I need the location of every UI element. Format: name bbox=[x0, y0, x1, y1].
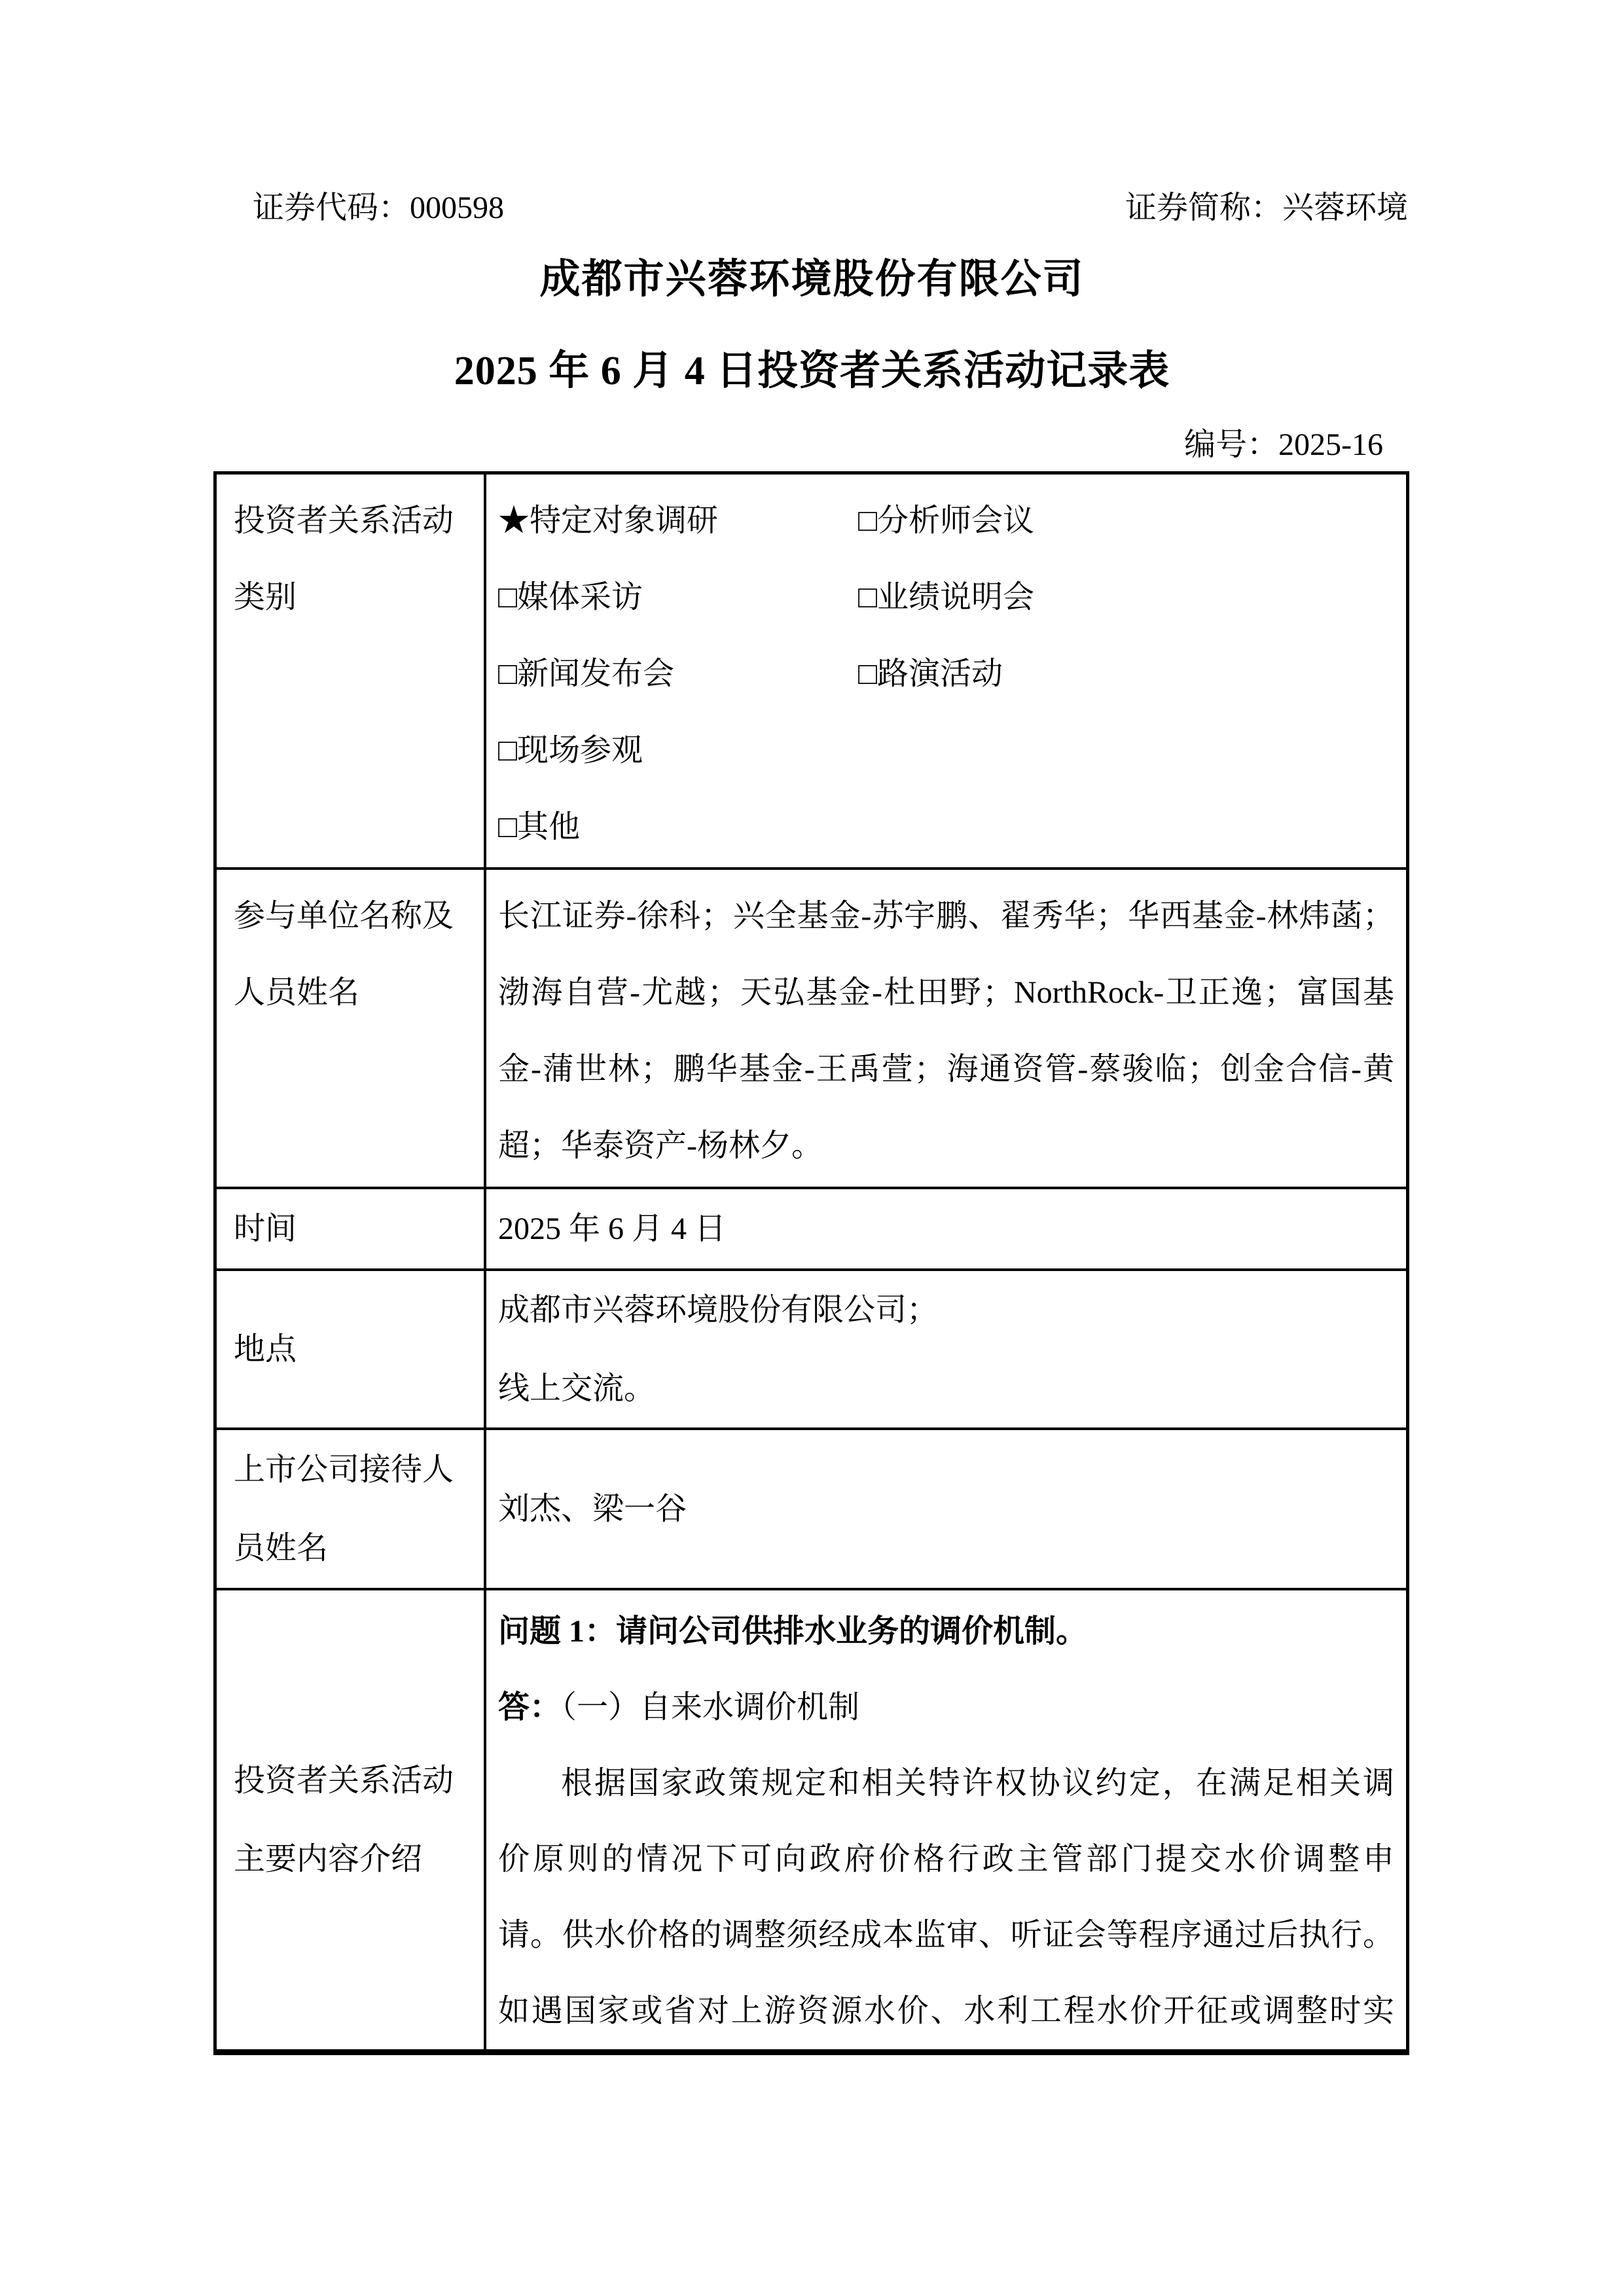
time-value: 2025 年 6 月 4 日 bbox=[498, 1190, 1394, 1268]
row-time: 时间 2025 年 6 月 4 日 bbox=[217, 1187, 1406, 1268]
checkbox-option-specific-object-research: ★特定对象调研 bbox=[498, 482, 858, 559]
row-location: 地点 成都市兴蓉环境股份有限公司； 线上交流。 bbox=[217, 1268, 1406, 1427]
label-line: 时间 bbox=[234, 1190, 467, 1268]
row-label-participants: 参与单位名称及 人员姓名 bbox=[217, 870, 486, 1187]
row-participants: 参与单位名称及 人员姓名 长江证券-徐科；兴全基金-苏宇鹏、翟秀华；华西基金-林… bbox=[217, 867, 1406, 1187]
answer-paragraph-line: 请。供水价格的调整须经成本监审、听证会等程序通过后执行。 bbox=[498, 1897, 1394, 1973]
row-main-content: 投资者关系活动 主要内容介绍 问题 1：请问公司供排水业务的调价机制。 答：（一… bbox=[217, 1588, 1406, 2049]
participants-line: 长江证券-徐科；兴全基金-苏宇鹏、翟秀华；华西基金-林炜菡； bbox=[498, 878, 1394, 954]
hosts-value: 刘杰、梁一谷 bbox=[498, 1470, 1394, 1549]
answer-prefix: 答： bbox=[498, 1690, 561, 1725]
option-line: ★特定对象调研□分析师会议 bbox=[498, 482, 1394, 559]
row-label-location: 地点 bbox=[217, 1271, 486, 1427]
label-line: 上市公司接待人 bbox=[234, 1431, 467, 1509]
participants-line: 金-蒲世林；鹏华基金-王禹萱；海通资管-蔡骏临；创金合信-黄 bbox=[498, 1031, 1394, 1107]
option-line: □新闻发布会□路演活动 bbox=[498, 636, 1394, 712]
checkbox-option-roadshow: □路演活动 bbox=[858, 656, 1003, 691]
label-line: 投资者关系活动 bbox=[234, 482, 467, 559]
checkbox-option-site-visit: □现场参观 bbox=[498, 712, 858, 789]
question-1: 问题 1：请问公司供排水业务的调价机制。 bbox=[498, 1594, 1394, 1670]
answer-paragraph-line: 根据国家政策规定和相关特许权协议约定，在满足相关调 bbox=[498, 1746, 1394, 1821]
row-label-hosts: 上市公司接待人 员姓名 bbox=[217, 1430, 486, 1588]
checkbox-option-results-briefing: □业绩说明会 bbox=[858, 580, 1034, 615]
participants-line: 超；华泰资产-杨林夕。 bbox=[498, 1107, 1394, 1184]
answer-paragraph-line: 如遇国家或省对上游资源水价、水利工程水价开征或调整时实 bbox=[498, 1973, 1394, 2049]
option-line: □现场参观 bbox=[498, 712, 1394, 789]
row-activity-type: 投资者关系活动 类别 ★特定对象调研□分析师会议 □媒体采访□业绩说明会 □新闻… bbox=[217, 475, 1406, 867]
row-label-activity-type: 投资者关系活动 类别 bbox=[217, 475, 486, 867]
checkbox-option-media-interview: □媒体采访 bbox=[498, 559, 858, 636]
checkbox-option-press-conference: □新闻发布会 bbox=[498, 636, 858, 712]
label-line: 地点 bbox=[234, 1310, 467, 1389]
row-label-main-content: 投资者关系活动 主要内容介绍 bbox=[217, 1590, 486, 2049]
row-label-time: 时间 bbox=[217, 1189, 486, 1268]
document-number: 编号：2025-16 bbox=[1184, 425, 1383, 465]
label-line: 参与单位名称及 bbox=[234, 878, 467, 954]
document-title: 成都市兴蓉环境股份有限公司 bbox=[0, 246, 1624, 304]
option-line: □媒体采访□业绩说明会 bbox=[498, 559, 1394, 636]
participants-text: 长江证券-徐科；兴全基金-苏宇鹏、翟秀华；华西基金-林炜菡； 渤海自营-尤越；天… bbox=[486, 870, 1406, 1187]
stock-abbr-text: 证券简称：兴蓉环境 bbox=[1125, 188, 1408, 228]
answer-heading: （一）自来水调价机制 bbox=[561, 1690, 859, 1725]
option-line: □其他 bbox=[498, 789, 1394, 865]
answer-1-heading-line: 答：（一）自来水调价机制 bbox=[498, 1670, 1394, 1746]
checkbox-option-other: □其他 bbox=[498, 789, 858, 865]
checkbox-option-analyst-meeting: □分析师会议 bbox=[858, 503, 1034, 538]
label-line: 主要内容介绍 bbox=[234, 1820, 467, 1899]
hosts-value-cell: 刘杰、梁一谷 bbox=[486, 1430, 1406, 1588]
label-line: 投资者关系活动 bbox=[234, 1742, 467, 1820]
main-content-text: 问题 1：请问公司供排水业务的调价机制。 答：（一）自来水调价机制 根据国家政策… bbox=[486, 1590, 1406, 2049]
row-hosts: 上市公司接待人 员姓名 刘杰、梁一谷 bbox=[217, 1427, 1406, 1588]
label-line: 人员姓名 bbox=[234, 954, 467, 1031]
participants-line: 渤海自营-尤越；天弘基金-杜田野；NorthRock-卫正逸；富国基 bbox=[498, 954, 1394, 1031]
label-line: 员姓名 bbox=[234, 1509, 467, 1588]
location-line: 线上交流。 bbox=[498, 1350, 1394, 1428]
label-line: 类别 bbox=[234, 559, 467, 636]
answer-paragraph-line: 价原则的情况下可向政府价格行政主管部门提交水价调整申 bbox=[498, 1821, 1394, 1897]
activity-type-options: ★特定对象调研□分析师会议 □媒体采访□业绩说明会 □新闻发布会□路演活动 □现… bbox=[486, 475, 1406, 867]
location-line: 成都市兴蓉环境股份有限公司； bbox=[498, 1271, 1394, 1350]
document-page: 证券代码：000598 证券简称：兴蓉环境 成都市兴蓉环境股份有限公司 2025… bbox=[0, 0, 1624, 2296]
ir-activity-table: 投资者关系活动 类别 ★特定对象调研□分析师会议 □媒体采访□业绩说明会 □新闻… bbox=[213, 471, 1409, 2055]
stock-code-text: 证券代码：000598 bbox=[253, 188, 504, 228]
document-subtitle: 2025 年 6 月 4 日投资者关系活动记录表 bbox=[0, 338, 1624, 396]
location-value-cell: 成都市兴蓉环境股份有限公司； 线上交流。 bbox=[486, 1271, 1406, 1427]
time-value-cell: 2025 年 6 月 4 日 bbox=[486, 1189, 1406, 1268]
